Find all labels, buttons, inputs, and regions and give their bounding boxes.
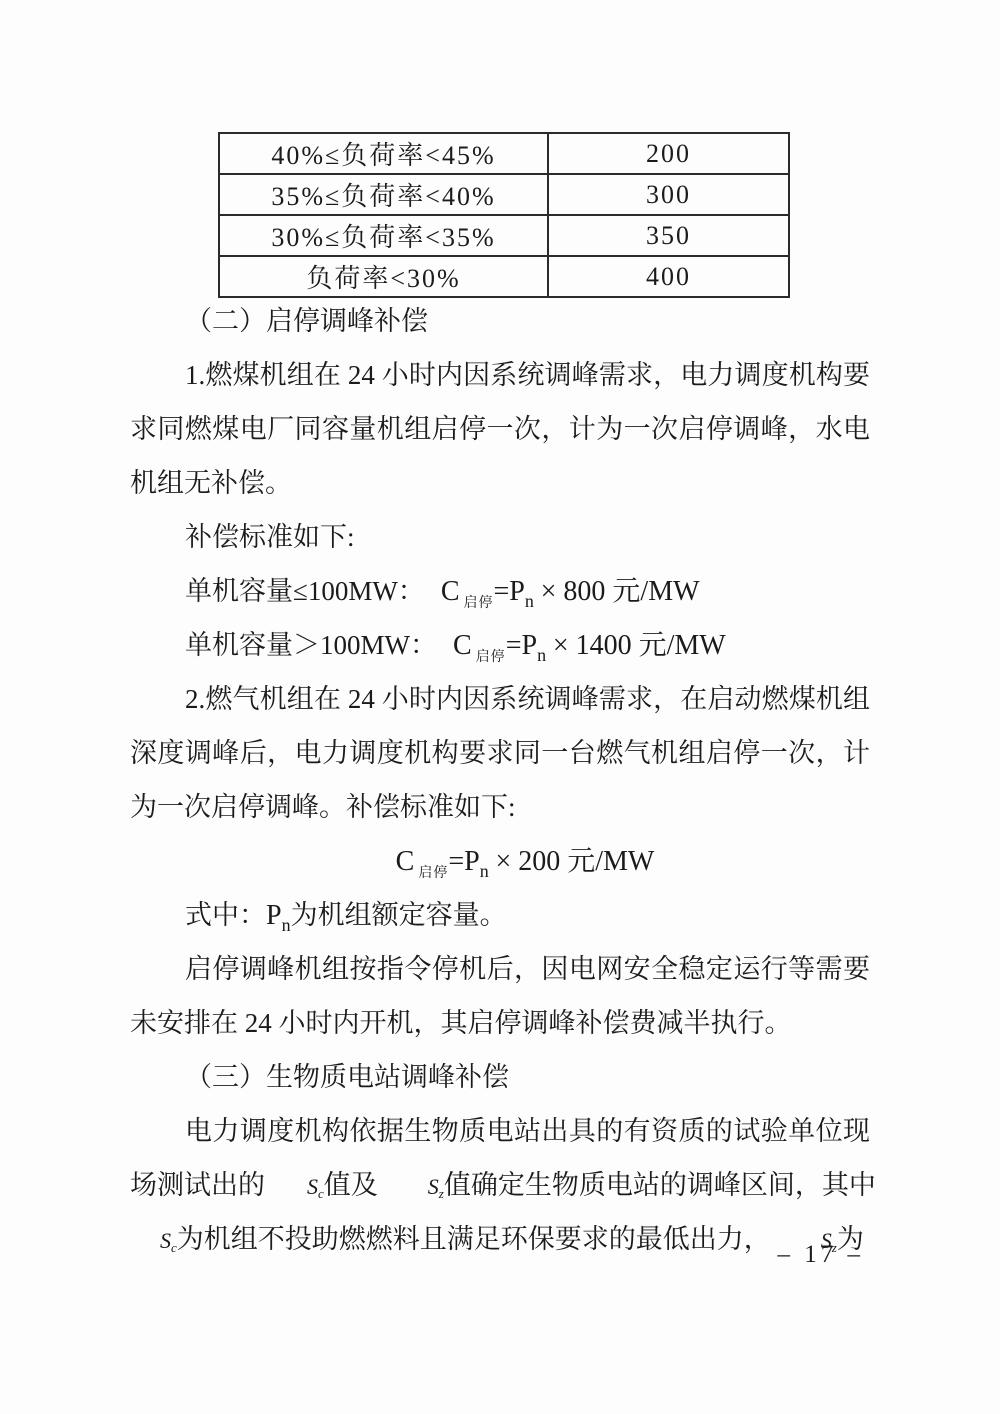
table-row: 40%≤负荷率<45% 200 (219, 133, 789, 174)
formula-c-symbol: C (396, 846, 415, 877)
paragraph-line: 为一次启停调峰。补偿标准如下: (130, 780, 870, 834)
formula-equals-p: =P (494, 576, 525, 607)
formula-rest: × 800 元/MW (541, 576, 700, 607)
formula-rest: × 200 元/MW (495, 846, 654, 877)
load-rate-range-cell: 负荷率<30% (219, 256, 548, 297)
load-rate-compensation-table: 40%≤负荷率<45% 200 35%≤负荷率<40% 300 30%≤负荷率<… (218, 132, 790, 298)
s-c-variable: S (307, 1174, 318, 1199)
load-rate-range-cell: 35%≤负荷率<40% (219, 174, 548, 215)
formula-line-1400: 单机容量＞100MW：C启停=Pn × 1400 元/MW (130, 618, 870, 672)
paragraph-line: 未安排在 24 小时内开机，其启停调峰补偿费减半执行。 (130, 996, 870, 1050)
shizhong-label: 式中： (185, 900, 266, 930)
load-rate-range-cell: 40%≤负荷率<45% (219, 133, 548, 174)
formula-condition: 单机容量≤100MW： (185, 576, 425, 606)
table-row: 35%≤负荷率<40% 300 (219, 174, 789, 215)
document-page: 40%≤负荷率<45% 200 35%≤负荷率<40% 300 30%≤负荷率<… (0, 0, 1000, 1414)
formula-n-subscript: n (537, 645, 546, 665)
formula-n-subscript: n (282, 915, 291, 935)
formula-condition: 单机容量＞100MW： (185, 630, 437, 660)
formula-qiting-subscript: 启停 (476, 650, 506, 665)
paragraph-text: 值及 (324, 1170, 378, 1200)
formula-explanation-line: 式中：Pn为机组额定容量。 (130, 888, 870, 942)
section-heading-3: （三）生物质电站调峰补偿 (130, 1050, 870, 1104)
paragraph-line: 电力调度机构依据生物质电站出具的有资质的试验单位现 (130, 1104, 870, 1158)
formula-equals-p: =P (448, 846, 479, 877)
standard-intro-line: 补偿标准如下: (130, 510, 870, 564)
s-z-variable: S (428, 1174, 439, 1199)
formula-qiting-subscript: 启停 (464, 596, 494, 611)
formula-equals-p: =P (506, 630, 537, 661)
compensation-value-cell: 300 (548, 174, 789, 215)
paragraph-text: 为机组不投助燃燃料且满足环保要求的最低出力， (177, 1224, 771, 1254)
formula-n-subscript: n (480, 861, 489, 881)
paragraph-line: 1.燃煤机组在 24 小时内因系统调峰需求，电力调度机构要 (130, 348, 870, 402)
paragraph-line: 求同燃煤电厂同容量机组启停一次，计为一次启停调峰，水电 (130, 402, 870, 456)
paragraph-text: 值确定生物质电站的调峰区间，其中 (444, 1170, 876, 1200)
paragraph-line-with-s-variables: Sc为机组不投助燃燃料且满足环保要求的最低出力，Sz为 (130, 1212, 870, 1266)
explanation-text: 为机组额定容量。 (291, 900, 507, 930)
formula-p-symbol: P (266, 900, 282, 931)
paragraph-line: 启停调峰机组按指令停机后，因电网安全稳定运行等需要 (130, 942, 870, 996)
compensation-value-cell: 200 (548, 133, 789, 174)
formula-c-symbol: C (453, 630, 472, 661)
page-number: – 17 – (778, 1238, 865, 1272)
paragraph-line-with-s-variables: 场测试出的Sc值及Sz值确定生物质电站的调峰区间，其中 (130, 1158, 870, 1212)
s-c-variable: S (160, 1228, 171, 1253)
paragraph-line: 机组无补偿。 (130, 456, 870, 510)
paragraph-text: 场测试出的 (130, 1170, 265, 1200)
formula-qiting-subscript: 启停 (418, 866, 448, 881)
formula-line-200-centered: C启停=Pn × 200 元/MW (155, 834, 895, 888)
table-row: 负荷率<30% 400 (219, 256, 789, 297)
section-heading-2: （二）启停调峰补偿 (130, 294, 870, 348)
table-row: 30%≤负荷率<35% 350 (219, 215, 789, 256)
compensation-value-cell: 350 (548, 215, 789, 256)
formula-line-800: 单机容量≤100MW：C启停=Pn × 800 元/MW (130, 564, 870, 618)
formula-n-subscript: n (525, 591, 534, 611)
formula-rest: × 1400 元/MW (553, 630, 726, 661)
document-body: （二）启停调峰补偿 1.燃煤机组在 24 小时内因系统调峰需求，电力调度机构要 … (130, 294, 870, 1266)
load-rate-range-cell: 30%≤负荷率<35% (219, 215, 548, 256)
compensation-value-cell: 400 (548, 256, 789, 297)
paragraph-line: 2.燃气机组在 24 小时内因系统调峰需求，在启动燃煤机组 (130, 672, 870, 726)
paragraph-line: 深度调峰后，电力调度机构要求同一台燃气机组启停一次，计 (130, 726, 870, 780)
formula-c-symbol: C (441, 576, 460, 607)
